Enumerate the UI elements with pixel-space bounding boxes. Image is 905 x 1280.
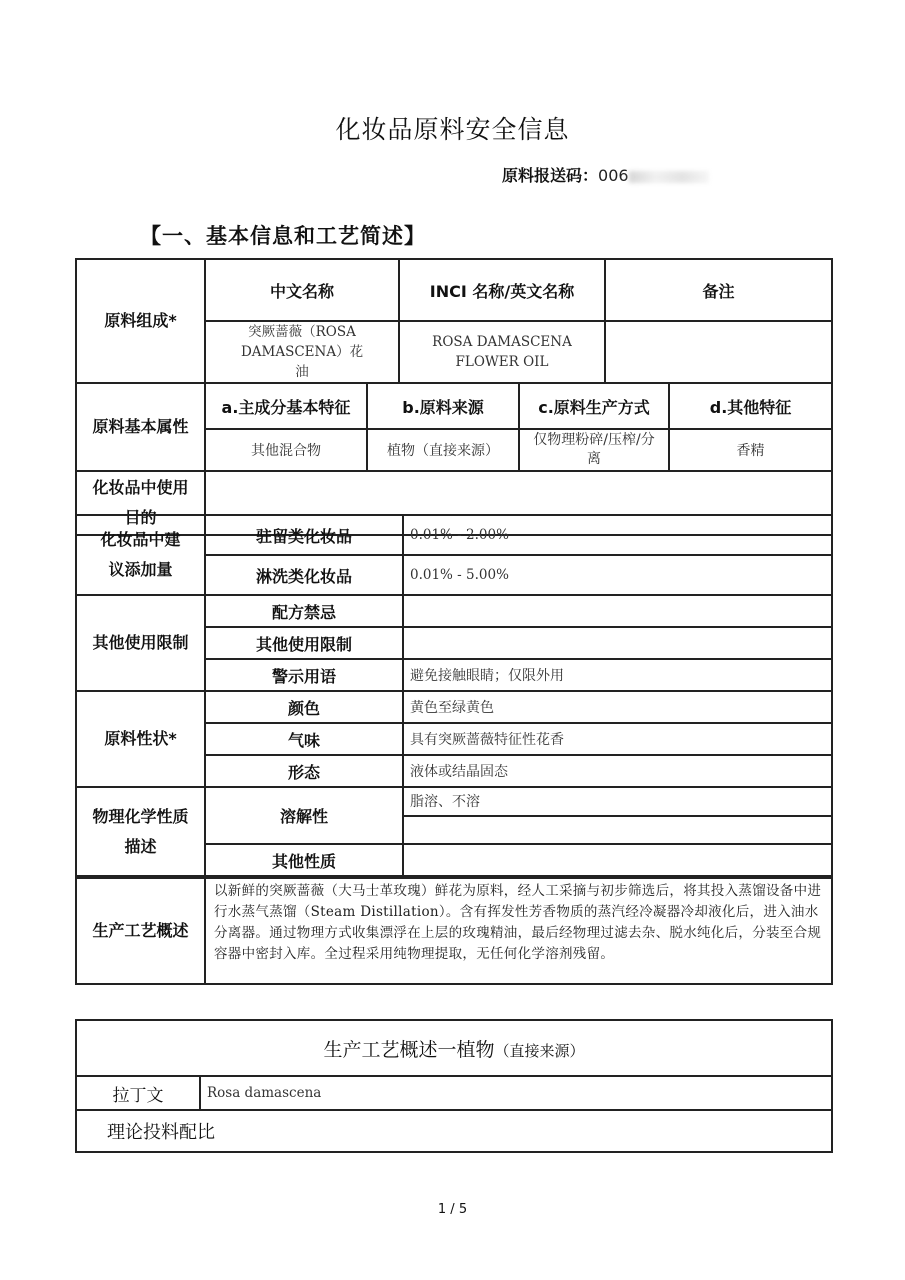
leave-on-value: 0.01% - 2.00%	[403, 515, 832, 555]
warning-value: 避免接触眼睛；仅限外用	[403, 659, 832, 691]
rinse-off-value: 0.01% - 5.00%	[403, 555, 832, 595]
header-production-method: c.原料生产方式	[519, 383, 669, 429]
solubility-label: 溶解性	[205, 787, 403, 844]
report-code-label: 原料报送码：	[502, 166, 598, 185]
usage-limits-label: 其他使用限制	[76, 595, 205, 691]
other-properties-label: 其他性质	[205, 844, 403, 876]
header-source: b.原料来源	[367, 383, 519, 429]
properties-label: 原料性状*	[76, 691, 205, 787]
form-value: 液体或结晶固态	[403, 755, 832, 787]
leave-on-label: 驻留类化妆品	[205, 515, 403, 555]
physchem-label: 物理化学性质描述	[76, 787, 205, 876]
note-value	[605, 321, 832, 383]
production-method-value: 仅物理粉碎/压榨/分离	[519, 429, 669, 471]
page-title: 化妆品原料安全信息	[0, 110, 905, 146]
header-inci-name: INCI 名称/英文名称	[399, 259, 605, 321]
latin-value: Rosa damascena	[200, 1076, 832, 1110]
solubility-value-2	[403, 816, 832, 844]
composition-label: 原料组成*	[76, 259, 205, 383]
color-value: 黄色至绿黄色	[403, 691, 832, 723]
other-properties-value	[403, 844, 832, 876]
formula-taboo-label: 配方禁忌	[205, 595, 403, 627]
formula-taboo-value	[403, 595, 832, 627]
source-value: 植物（直接来源）	[367, 429, 519, 471]
header-chinese-name: 中文名称	[205, 259, 399, 321]
report-code-value: 006	[598, 166, 629, 185]
redacted-code	[629, 171, 709, 183]
process-table: 生产工艺概述 以新鲜的突厥蔷薇（大马士革玫瑰）鲜花为原料，经人工采摘与初步筛选后…	[75, 877, 833, 985]
odor-value: 具有突厥蔷薇特征性花香	[403, 723, 832, 755]
other-features-value: 香精	[669, 429, 832, 471]
basic-info-table: 原料组成* 中文名称 INCI 名称/英文名称 备注 突厥蔷薇（ROSA DAM…	[75, 258, 833, 536]
odor-label: 气味	[205, 723, 403, 755]
header-note: 备注	[605, 259, 832, 321]
dosage-label: 化妆品中建议添加量	[76, 515, 205, 595]
plant-process-title-sub: （直接来源）	[495, 1042, 585, 1060]
section-heading: 【一、基本信息和工艺简述】	[140, 220, 426, 250]
rinse-off-label: 淋洗类化妆品	[205, 555, 403, 595]
process-text: 以新鲜的突厥蔷薇（大马士革玫瑰）鲜花为原料，经人工采摘与初步筛选后，将其投入蒸馏…	[205, 878, 832, 984]
inci-name-value: ROSA DAMASCENA FLOWER OIL	[399, 321, 605, 383]
other-limits-value	[403, 627, 832, 659]
header-main-component: a.主成分基本特征	[205, 383, 367, 429]
plant-process-table: 生产工艺概述一植物（直接来源） 拉丁文 Rosa damascena 理论投料配…	[75, 1019, 833, 1153]
solubility-value-1: 脂溶、不溶	[403, 787, 832, 816]
chinese-name-value: 突厥蔷薇（ROSA DAMASCENA）花油	[205, 321, 399, 383]
warning-label: 警示用语	[205, 659, 403, 691]
ratio-label: 理论投料配比	[76, 1110, 832, 1152]
report-code: 原料报送码：006	[502, 163, 709, 186]
latin-label: 拉丁文	[76, 1076, 200, 1110]
color-label: 颜色	[205, 691, 403, 723]
other-limits-label: 其他使用限制	[205, 627, 403, 659]
plant-process-title-main: 生产工艺概述一植物	[323, 1039, 494, 1061]
main-component-value: 其他混合物	[205, 429, 367, 471]
basic-attributes-label: 原料基本属性	[76, 383, 205, 471]
process-label: 生产工艺概述	[76, 878, 205, 984]
usage-properties-table: 化妆品中建议添加量 驻留类化妆品 0.01% - 2.00% 淋洗类化妆品 0.…	[75, 514, 833, 877]
plant-process-title: 生产工艺概述一植物（直接来源）	[76, 1020, 832, 1076]
form-label: 形态	[205, 755, 403, 787]
page-number: 1 / 5	[0, 1202, 905, 1217]
header-other-features: d.其他特征	[669, 383, 832, 429]
